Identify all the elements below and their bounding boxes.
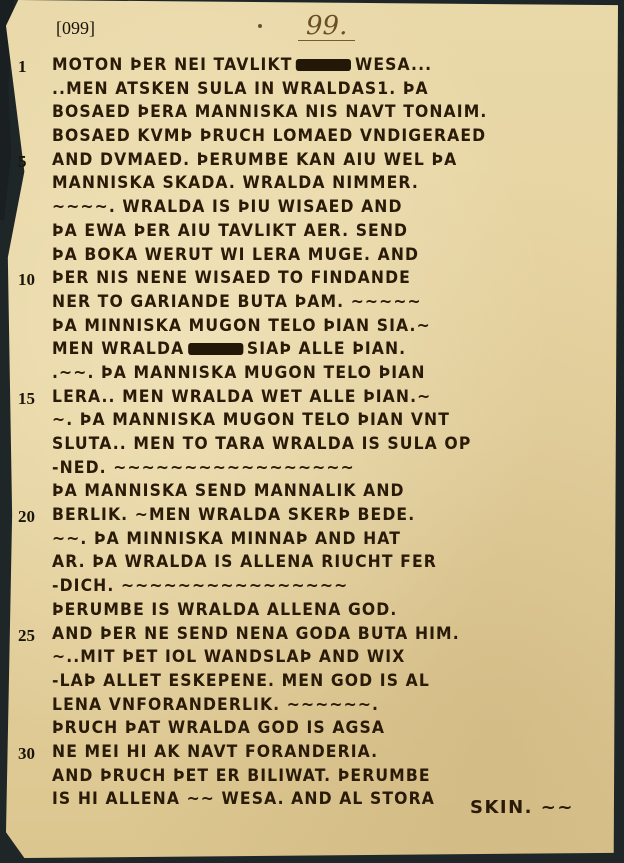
line-text-part: ~..MIT ÞET IOL WANDSLAÞ AND WIX <box>52 647 405 667</box>
line-number: 15 <box>18 389 40 409</box>
line-text-part: MANNISKA SKADA. WRALDA NIMMER. <box>52 173 419 193</box>
line-text: BOSAED KVMÞ ÞRUCH LOMAED VNDIGERAED <box>52 126 552 146</box>
manuscript-line: .~~. ÞA MANNISKA MUGON TELO ÞIAN <box>0 363 624 387</box>
manuscript-line: 30NE MEI HI AK NAVT FORANDERIA. <box>0 742 624 766</box>
line-text: ~..MIT ÞET IOL WANDSLAÞ AND WIX <box>52 647 552 667</box>
line-text-part: ÞA BOKA WERUT WI LERA MUGE. AND <box>52 245 419 265</box>
line-number: 10 <box>18 270 40 290</box>
line-text-part: AND DVMAED. ÞERUMBE KAN AIU WEL ÞA <box>52 150 457 170</box>
manuscript-line: ÞA EWA ÞER AIU TAVLIKT AER. SEND <box>0 221 624 245</box>
line-text-part: ~. ÞA MANNISKA MUGON TELO ÞIAN VNT <box>52 410 450 430</box>
line-text-part: BOSAED KVMÞ ÞRUCH LOMAED VNDIGERAED <box>52 126 486 146</box>
line-text-part: MOTON ÞER NEI TAVLIKT <box>52 55 292 75</box>
line-number: 25 <box>18 626 40 646</box>
line-text: MEN WRALDASIAÞ ALLE ÞIAN. <box>52 339 552 359</box>
line-text-part: ÞRUCH ÞAT WRALDA GOD IS AGSA <box>52 718 385 738</box>
line-text-part: AND ÞRUCH ÞET ER BILIWAT. ÞERUMBE <box>52 766 431 786</box>
line-text: NE MEI HI AK NAVT FORANDERIA. <box>52 742 552 762</box>
manuscript-line: 25AND ÞER NE SEND NENA GODA BUTA HIM. <box>0 624 624 648</box>
ink-dot <box>258 24 262 28</box>
line-text-part: SIAÞ ALLE ÞIAN. <box>247 339 406 359</box>
manuscript-line: ÞRUCH ÞAT WRALDA GOD IS AGSA <box>0 718 624 742</box>
manuscript-line: MEN WRALDASIAÞ ALLE ÞIAN. <box>0 339 624 363</box>
trailing-word: SKIN. ~~ <box>470 797 574 818</box>
line-text: ÞA BOKA WERUT WI LERA MUGE. AND <box>52 245 552 265</box>
manuscript-line: LENA VNFORANDERLIK. ~~~~~~. <box>0 695 624 719</box>
ink-blot-redaction <box>296 59 351 71</box>
line-text: AND ÞRUCH ÞET ER BILIWAT. ÞERUMBE <box>52 766 552 786</box>
line-text-part: SLUTA.. MEN TO TARA WRALDA IS SULA OP <box>52 434 471 454</box>
line-text-part: ~~. ÞA MINNISKA MINNAÞ AND HAT <box>52 529 401 549</box>
line-number: 5 <box>18 152 40 172</box>
line-text-part: NER TO GARIANDE BUTA ÞAM. ~~~~~ <box>52 292 422 312</box>
line-text: ÞER NIS NENE WISAED TO FINDANDE <box>52 268 552 288</box>
manuscript-line: SLUTA.. MEN TO TARA WRALDA IS SULA OP <box>0 434 624 458</box>
line-text: LENA VNFORANDERLIK. ~~~~~~. <box>52 695 552 715</box>
line-text: -LAÞ ALLET ESKEPENE. MEN GOD IS AL <box>52 671 552 691</box>
line-text: ~~~~. WRALDA IS ÞIU WISAED AND <box>52 197 552 217</box>
manuscript-line: AND ÞRUCH ÞET ER BILIWAT. ÞERUMBE <box>0 766 624 790</box>
line-text: AND DVMAED. ÞERUMBE KAN AIU WEL ÞA <box>52 150 552 170</box>
line-text: MOTON ÞER NEI TAVLIKTWESA... <box>52 55 552 75</box>
line-text-part: ÞA EWA ÞER AIU TAVLIKT AER. SEND <box>52 221 408 241</box>
line-text-part: LENA VNFORANDERLIK. ~~~~~~. <box>52 695 379 715</box>
manuscript-line: ~..MIT ÞET IOL WANDSLAÞ AND WIX <box>0 647 624 671</box>
line-text: LERA.. MEN WRALDA WET ALLE ÞIAN.~ <box>52 387 552 407</box>
line-text: AR. ÞA WRALDA IS ALLENA RIUCHT FER <box>52 552 552 572</box>
ink-blot-redaction <box>188 343 243 355</box>
line-text-part: AR. ÞA WRALDA IS ALLENA RIUCHT FER <box>52 552 437 572</box>
line-text-part: ÞER NIS NENE WISAED TO FINDANDE <box>52 268 411 288</box>
line-text-part: ~~~~. WRALDA IS ÞIU WISAED AND <box>52 197 403 217</box>
line-text-part: AND ÞER NE SEND NENA GODA BUTA HIM. <box>52 624 460 644</box>
line-text: ÞRUCH ÞAT WRALDA GOD IS AGSA <box>52 718 552 738</box>
line-text: ÞA MANNISKA SEND MANNALIK AND <box>52 481 552 501</box>
manuscript-lines: 1MOTON ÞER NEI TAVLIKTWESA.....MEN ATSKE… <box>0 55 624 813</box>
line-text-part: ÞERUMBE IS WRALDA ALLENA GOD. <box>52 600 397 620</box>
line-text-part: ÞA MANNISKA SEND MANNALIK AND <box>52 481 405 501</box>
line-text: ÞA MINNISKA MUGON TELO ÞIAN SIA.~ <box>52 316 552 336</box>
manuscript-line: ÞERUMBE IS WRALDA ALLENA GOD. <box>0 600 624 624</box>
manuscript-line: MANNISKA SKADA. WRALDA NIMMER. <box>0 173 624 197</box>
manuscript-line: BOSAED ÞERA MANNISKA NIS NAVT TONAIM. <box>0 102 624 126</box>
manuscript-line: 15LERA.. MEN WRALDA WET ALLE ÞIAN.~ <box>0 387 624 411</box>
manuscript-line: 20BERLIK. ~MEN WRALDA SKERÞ BEDE. <box>0 505 624 529</box>
line-text: ÞA EWA ÞER AIU TAVLIKT AER. SEND <box>52 221 552 241</box>
line-text: BOSAED ÞERA MANNISKA NIS NAVT TONAIM. <box>52 102 552 122</box>
line-text-part: ..MEN ATSKEN SULA IN WRALDAS1. ÞA <box>52 79 429 99</box>
line-number: 30 <box>18 744 40 764</box>
line-text-part: IS HI ALLENA ~~ WESA. AND AL STORA <box>52 789 435 809</box>
line-text-part: BOSAED ÞERA MANNISKA NIS NAVT TONAIM. <box>52 102 487 122</box>
folio-label: [099] <box>56 18 95 39</box>
line-text-part: BERLIK. ~MEN WRALDA SKERÞ BEDE. <box>52 505 415 525</box>
manuscript-line: ~~~~. WRALDA IS ÞIU WISAED AND <box>0 197 624 221</box>
manuscript-line: ~~. ÞA MINNISKA MINNAÞ AND HAT <box>0 529 624 553</box>
line-text: ÞERUMBE IS WRALDA ALLENA GOD. <box>52 600 552 620</box>
manuscript-line: ÞA MINNISKA MUGON TELO ÞIAN SIA.~ <box>0 316 624 340</box>
manuscript-line: AR. ÞA WRALDA IS ALLENA RIUCHT FER <box>0 552 624 576</box>
line-text: -NED. ~~~~~~~~~~~~~~~~~ <box>52 458 552 478</box>
manuscript-line: ~. ÞA MANNISKA MUGON TELO ÞIAN VNT <box>0 410 624 434</box>
page-number: 99. <box>298 12 355 41</box>
manuscript-line: 1MOTON ÞER NEI TAVLIKTWESA... <box>0 55 624 79</box>
manuscript-line: -NED. ~~~~~~~~~~~~~~~~~ <box>0 458 624 482</box>
line-text: .~~. ÞA MANNISKA MUGON TELO ÞIAN <box>52 363 552 383</box>
line-text-part: MEN WRALDA <box>52 339 184 359</box>
line-number: 1 <box>18 57 40 77</box>
line-text: -DICH. ~~~~~~~~~~~~~~~~ <box>52 576 552 596</box>
manuscript-line: ÞA MANNISKA SEND MANNALIK AND <box>0 481 624 505</box>
line-text-part: NE MEI HI AK NAVT FORANDERIA. <box>52 742 378 762</box>
manuscript-line: NER TO GARIANDE BUTA ÞAM. ~~~~~ <box>0 292 624 316</box>
line-text: SLUTA.. MEN TO TARA WRALDA IS SULA OP <box>52 434 552 454</box>
line-number: 20 <box>18 507 40 527</box>
line-text: MANNISKA SKADA. WRALDA NIMMER. <box>52 173 552 193</box>
manuscript-line: ÞA BOKA WERUT WI LERA MUGE. AND <box>0 245 624 269</box>
line-text: NER TO GARIANDE BUTA ÞAM. ~~~~~ <box>52 292 552 312</box>
manuscript-line: -LAÞ ALLET ESKEPENE. MEN GOD IS AL <box>0 671 624 695</box>
line-text: BERLIK. ~MEN WRALDA SKERÞ BEDE. <box>52 505 552 525</box>
line-text-part: .~~. ÞA MANNISKA MUGON TELO ÞIAN <box>52 363 426 383</box>
manuscript-line: -DICH. ~~~~~~~~~~~~~~~~ <box>0 576 624 600</box>
manuscript-line: 5AND DVMAED. ÞERUMBE KAN AIU WEL ÞA <box>0 150 624 174</box>
line-text-part: LERA.. MEN WRALDA WET ALLE ÞIAN.~ <box>52 387 431 407</box>
line-text-part: -NED. ~~~~~~~~~~~~~~~~~ <box>52 458 355 478</box>
line-text-part: -DICH. ~~~~~~~~~~~~~~~~ <box>52 576 348 596</box>
manuscript-line: 10ÞER NIS NENE WISAED TO FINDANDE <box>0 268 624 292</box>
line-text: ..MEN ATSKEN SULA IN WRALDAS1. ÞA <box>52 79 552 99</box>
line-text-part: WESA... <box>355 55 432 75</box>
line-text-part: -LAÞ ALLET ESKEPENE. MEN GOD IS AL <box>52 671 430 691</box>
line-text: AND ÞER NE SEND NENA GODA BUTA HIM. <box>52 624 552 644</box>
manuscript-line: ..MEN ATSKEN SULA IN WRALDAS1. ÞA <box>0 79 624 103</box>
manuscript-line: BOSAED KVMÞ ÞRUCH LOMAED VNDIGERAED <box>0 126 624 150</box>
line-text: ~~. ÞA MINNISKA MINNAÞ AND HAT <box>52 529 552 549</box>
line-text: ~. ÞA MANNISKA MUGON TELO ÞIAN VNT <box>52 410 552 430</box>
line-text-part: ÞA MINNISKA MUGON TELO ÞIAN SIA.~ <box>52 316 431 336</box>
